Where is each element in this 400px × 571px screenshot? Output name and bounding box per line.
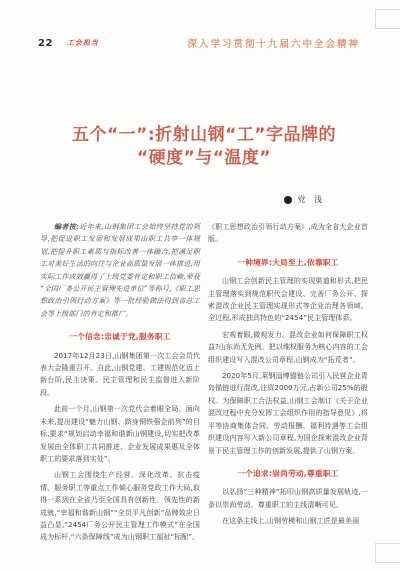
left-column: 编者按:近年来,山钢集团工会始终坚持党的领导,把促进职工发展和发展成果由职工共享…	[40, 221, 200, 557]
editor-note-label: 编者按:	[54, 222, 79, 231]
article-paragraph: 山钢工会创新民主管理的实现渠道和形式,把民主管理落实到规范职代会建设、完善厂务公…	[208, 275, 368, 325]
header-topic-banner: 深入学习贯彻十九届六中全会精神	[187, 36, 360, 50]
article-paragraph: 以弘扬“三种精神”拓印山钢高质量发展轨迹,一条以崇尚劳动、尊重职工的主线清晰可见…	[208, 486, 368, 511]
section-heading: 一个追求:崇尚劳动,尊重职工	[208, 468, 368, 480]
article-paragraph: 此前一个月,山钢第一次党代会着眼全局、面向未来,提出建设“魅力山钢、跻身钢铁强企…	[40, 403, 200, 465]
editor-note: 编者按:近年来,山钢集团工会始终坚持党的领导,把促进职工发展和发展成果由职工共享…	[40, 221, 200, 320]
article-paragraph: 2017年12月23日,山钢集团第一次工会会员代表大会隆重召开。自此,山钢党建、…	[40, 350, 200, 400]
article-paragraph: 2020年5月,莱钢淄博锚链公司引入民营企业青岛锚链进行混改,注资2000万元,…	[208, 370, 368, 457]
page-number: 22	[38, 38, 53, 49]
author-dot-icon	[284, 196, 292, 204]
section-heading: 一个信念:忠诚于党,服务职工	[40, 331, 200, 343]
article-paragraph: 宏观着眼,微观发力。混改企业如何保障职工权益?山东尚无先例。把以维权服务为核心内…	[208, 329, 368, 366]
corner-frame-top-right	[375, 9, 400, 29]
section-heading: 一种境界:大局至上,依靠职工	[208, 257, 368, 269]
article-body: 编者按:近年来,山钢集团工会始终坚持党的领导,把促进职工发展和发展成果由职工共享…	[40, 221, 368, 557]
article-title-line1: 五个“一”:折射山钢“工”字品牌的	[40, 124, 368, 147]
corner-frame-bottom-right	[375, 543, 400, 563]
page-header: 22 工会担当 深入学习贯彻十九届六中全会精神	[38, 36, 360, 50]
right-column: 《职工思想政治引领行动方案》,成为全省大企业首版。一种境界:大局至上,依靠职工山…	[208, 221, 368, 557]
article-title: 五个“一”:折射山钢“工”字品牌的 “硬度”与“温度”	[40, 124, 368, 170]
article-title-line2: “硬度”与“温度”	[40, 147, 368, 170]
column-logo: 工会担当	[67, 38, 99, 48]
author-name: 党 浅	[297, 194, 325, 205]
byline: 党 浅	[40, 194, 325, 205]
article-paragraph: 山钢工会围绕生产经营、深化改革、抗击疫情、服务职工等重点工作倾心服务党政工作大局…	[40, 469, 200, 543]
article-paragraph: 在这条主线上,山钢劳模和山钢工匠是最美丽	[208, 515, 368, 527]
article-paragraph: 《职工思想政治引领行动方案》,成为全省大企业首版。	[208, 221, 368, 246]
